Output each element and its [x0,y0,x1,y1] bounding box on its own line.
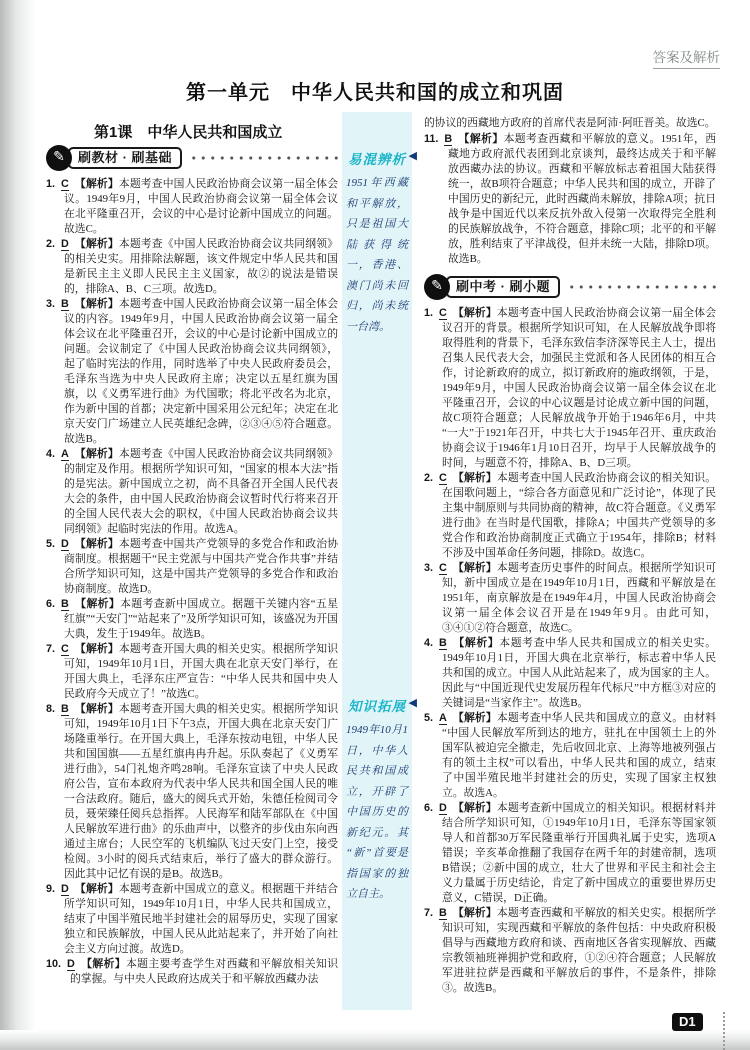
jiexi-label: 【解析】 [453,802,497,814]
answer-letter: C [61,643,69,656]
item-number: 7. [424,907,433,919]
jiexi-label: 【解析】 [453,472,497,484]
page-number-badge: D1 [672,1013,703,1031]
item-text: 本题考查西藏和平解放的意义。1951年，西藏地方政府派代表团到北京谈判，最终达成… [448,133,716,265]
jiexi-label: 【解析】 [75,298,119,310]
answer-letter: C [439,307,447,320]
answer-item: 7.B【解析】本题考查西藏和平解放的相关史实。根据所学知识可知，实现西藏和平解放… [424,906,716,996]
item-number: 11. [424,133,438,145]
answer-letter: D [61,238,69,251]
answer-item: 7.C【解析】本题考查开国大典的相关史实。根据所学知识可知，1949年10月1日… [46,642,338,702]
answer-letter: A [439,712,447,725]
item-number: 2. [46,238,55,250]
item-number: 3. [424,562,433,574]
jiexi-label: 【解析】 [453,307,497,319]
annotation-strip: 易混辨析 ◀ 1951年西藏和平解放，只是祖国大陆获得统一，香港、澳门尚未回归，… [342,112,412,1010]
annotation-title-text: 易混辨析 [348,152,406,167]
answer-item: 2.D【解析】本题考查《中国人民政治协商会议共同纲领》的相关史实。用排除法解题，… [46,237,338,297]
lesson-title: 第1课 中华人民共和国成立 [94,121,282,142]
notebook-pencil-icon: ✎ [46,145,72,171]
jiexi-label: 【解析】 [75,598,120,610]
left-column: ✎ 刷教材 · 刷基础 1.C【解析】本题考查中国人民政治协商会议第一届全体会议… [46,142,338,987]
jiexi-label: 【解析】 [453,907,497,919]
item-number: 1. [46,178,55,190]
jiexi-label: 【解析】 [75,178,119,190]
answer-item: 1.C【解析】本题考查中国人民政治协商会议第一届全体会议召开的背景。根据所学知识… [424,306,716,471]
page-edge-left [0,0,36,1050]
item-number: 8. [46,703,55,715]
item-number: 1. [424,307,433,319]
item-number: 6. [46,598,55,610]
jiexi-label: 【解析】 [453,712,497,724]
answer-letter: B [61,298,69,311]
jiexi-label: 【解析】 [75,643,119,655]
jiexi-label: 【解析】 [453,637,499,649]
answer-letter: D [439,802,447,815]
annotation-title: 易混辨析 ◀ [346,148,408,168]
notebook-pencil-icon: ✎ [424,274,450,300]
item-number: 5. [46,538,55,550]
jiexi-label: 【解析】 [453,562,497,574]
answer-letter: D [67,958,75,971]
annotation-title: 知识拓展 ◀ [346,695,408,715]
answer-letter: C [61,178,69,191]
item-text: 本题考查西藏和平解放的相关史实。根据所学知识可知，实现西藏和平解放的条件包括：中… [442,907,716,994]
item-text: 本题考查《中国人民政治协商会议共同纲领》的制定及作用。根据所学知识可知，“国家的… [64,448,338,535]
unit-title: 第一单元 中华人民共和国的成立和巩固 [0,76,750,105]
jiexi-label: 【解析】 [75,703,119,715]
annotation-title-text: 知识拓展 [348,699,406,714]
jiexi-label: 【解析】 [458,133,503,145]
annotation-body: 1951年西藏和平解放，只是祖国大陆获得统一，香港、澳门尚未回归，尚未统一台湾。 [346,173,408,337]
section-badge-basics: ✎ 刷教材 · 刷基础 [46,144,338,171]
answer-item: 6.B【解析】本题考查新中国成立。据题干关键内容“五星红旗”“天安门”“站起来了… [46,597,338,642]
answer-letter: B [439,637,447,650]
item-text: 本题考查中国人民政治协商会议的相关知识。在国歌问题上，“综合各方面意见和广泛讨论… [442,472,716,559]
annotation-confusable: 易混辨析 ◀ 1951年西藏和平解放，只是祖国大陆获得统一，香港、澳门尚未回归，… [342,148,412,337]
badge-label: 刷教材 · 刷基础 [68,147,182,169]
answer-item: 11.B【解析】本题考查西藏和平解放的意义。1951年，西藏地方政府派代表团到北… [424,132,716,267]
answer-letter: B [439,907,447,920]
dotted-margin-line [723,1012,725,1050]
left-arrow-icon: ◀ [409,696,418,709]
annotation-extension: 知识拓展 ◀ 1949年10月1日，中华人民共和国成立，开辟了中国历史的新纪元。… [342,695,412,905]
jiexi-label: 【解析】 [75,538,119,550]
annotation-body: 1949年10月1日，中华人民共和国成立，开辟了中国历史的新纪元。其“新”首要是… [346,720,408,905]
answer-item: 8.B【解析】本题考查开国大典的相关史实。根据所学知识可知，1949年10月1日… [46,702,338,882]
answer-letter: C [439,472,447,485]
left-arrow-icon: ◀ [409,149,418,162]
answer-item: 4.A【解析】本题考查《中国人民政治协商会议共同纲领》的制定及作用。根据所学知识… [46,447,338,537]
answer-item: 3.C【解析】本题考查历史事件的时间点。根据所学知识可知，新中国成立是在1949… [424,561,716,636]
item-text: 本题考查中国人民政治协商会议第一届全体会议的内容。1949年9月，中国人民政治协… [64,298,338,445]
page-edge-bottom [0,1030,750,1050]
jiexi-label: 【解析】 [75,238,119,250]
answer-item: 2.C【解析】本题考查中国人民政治协商会议的相关知识。在国歌问题上，“综合各方面… [424,471,716,561]
item-number: 5. [424,712,433,724]
page-header-label: 答案及解析 [653,46,721,69]
jiexi-label: 【解析】 [81,958,126,970]
item-text: 本题考查中国人民政治协商会议第一届全体会议召开的背景。根据所学知识可知，在人民解… [442,307,716,469]
item-number: 10. [46,958,61,970]
answer-item: 1.C【解析】本题考查中国人民政治协商会议第一届全体会议。1949年9月，中国人… [46,177,338,237]
answer-item: 4.B【解析】本题考查中华人民共和国成立的相关史实。1949年10月1日，开国大… [424,636,716,711]
answer-item: 9.D【解析】本题考查新中国成立的意义。根据题干并结合所学知识可知，1949年1… [46,882,338,957]
right-column: 的协议的西藏地方政府的首席代表是阿沛·阿旺晋美。故选C。 11.B【解析】本题考… [424,116,716,996]
answer-item: 5.D【解析】本题考查中国共产党领导的多党合作和政治协商制度。根据题干“民主党派… [46,537,338,597]
jiexi-label: 【解析】 [75,448,119,460]
item-text: 本题考查中华人民共和国成立的意义。由材料“中国人民解放军所到达的地方，驻扎在中国… [442,712,716,799]
item-number: 4. [46,448,55,460]
jiexi-label: 【解析】 [75,883,119,895]
dotted-leader [567,282,716,292]
item-number: 3. [46,298,55,310]
answer-letter: B [61,703,69,716]
answer-item: 3.B【解析】本题考查中国人民政治协商会议第一届全体会议的内容。1949年9月，… [46,297,338,447]
answer-item: 6.D【解析】本题考查新中国成立的相关知识。根据材料并结合所学知识可知，①194… [424,801,716,906]
dotted-leader [189,153,338,163]
item-number: 7. [46,643,55,655]
carryover-text: 的协议的西藏地方政府的首席代表是阿沛·阿旺晋美。故选C。 [424,116,716,131]
answer-letter: B [61,598,69,611]
item-number: 4. [424,637,433,649]
answer-letter: D [61,883,69,896]
answer-letter: A [61,448,69,461]
item-number: 9. [46,883,55,895]
answer-item: 5.A【解析】本题考查中华人民共和国成立的意义。由材料“中国人民解放军所到达的地… [424,711,716,801]
answer-letter: B [444,133,452,146]
answer-letter: D [61,538,69,551]
badge-label: 刷中考 · 刷小题 [446,276,560,298]
section-badge-exam: ✎ 刷中考 · 刷小题 [424,273,716,300]
item-number: 2. [424,472,433,484]
answer-item: 10.D【解析】本题主要考查学生对西藏和平解放相关知识的掌握。与中央人民政府达成… [46,957,338,987]
item-text: 本题考查新中国成立的相关知识。根据材料并结合所学知识可知，①1949年10月1日… [442,802,716,904]
page: 答案及解析 第一单元 中华人民共和国的成立和巩固 第1课 中华人民共和国成立 易… [0,0,750,1050]
answer-letter: C [439,562,447,575]
item-text: 本题考查开国大典的相关史实。根据所学知识可知，1949年10月1日下午3点，开国… [64,703,338,880]
item-number: 6. [424,802,433,814]
